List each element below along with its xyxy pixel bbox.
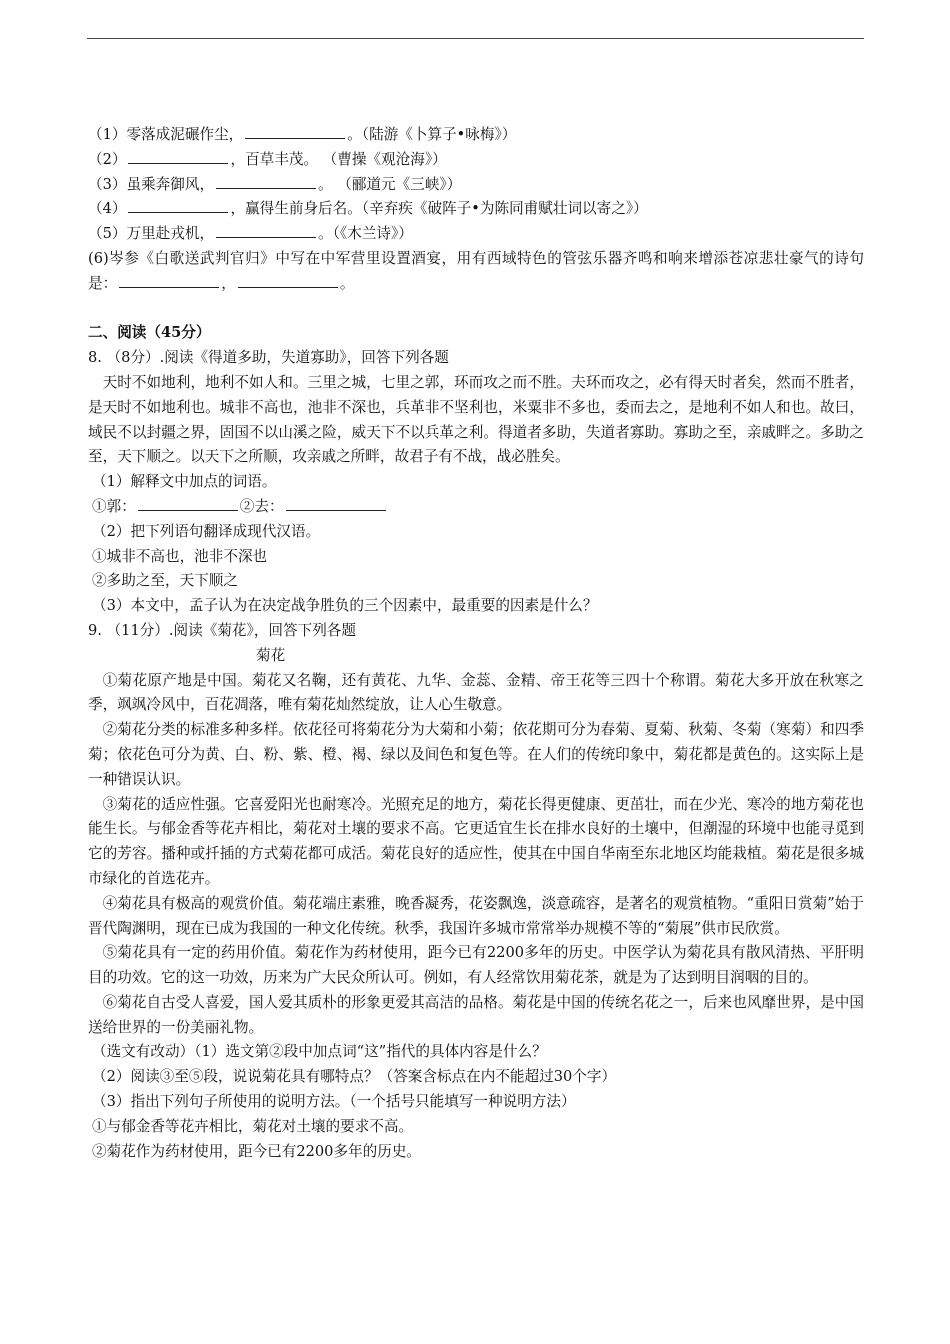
q8-passage: 天时不如地利，地利不如人和。三里之城，七里之郭，环而攻之而不胜。夫环而攻之，必有… bbox=[88, 371, 864, 470]
answer-blank[interactable] bbox=[286, 496, 386, 511]
answer-blank[interactable] bbox=[216, 223, 316, 238]
fill-item-1: （1）零落成泥碾作尘，。（陆游《卜算子•咏梅》） bbox=[88, 123, 864, 148]
q9-paragraph-3: ③菊花的适应性强。它喜爱阳光也耐寒冷。光照充足的地方，菊花长得更健康、更茁壮，而… bbox=[88, 793, 864, 892]
q8-sub2-b: ②多助之至，天下顺之 bbox=[88, 569, 864, 594]
fill-item-2: （2），百草丰茂。 （曹操《观沧海》） bbox=[88, 148, 864, 173]
fill-item-label: （1）零落成泥碾作尘， bbox=[88, 126, 243, 143]
q9-question-3b: ②菊花作为药材使用，距今已有2200多年的历史。 bbox=[88, 1140, 864, 1165]
fill-item-source: 。（《木兰诗》） bbox=[318, 225, 413, 242]
q9-question-2: （2）阅读③至⑤段，说说菊花具有哪特点？（答案含标点在内不能超过30个字） bbox=[88, 1065, 864, 1090]
q8-heading: 8. （8分）.阅读《得道多助，失道寡助》，回答下列各题 bbox=[88, 346, 864, 371]
fill-item-3: （3）虽乘奔御风，。 （郦道元《三峡》） bbox=[88, 173, 864, 198]
q9-question-3a: ①与郁金香等花卉相比，菊花对土壤的要求不高。 bbox=[88, 1115, 864, 1140]
fill-item-source: ，赢得生前身后名。（辛弃疾《破阵子•为陈同甫赋壮词以寄之》） bbox=[230, 200, 647, 217]
q8-sub1-blanks: ①郭：②去： bbox=[88, 495, 864, 520]
fill-item-source: 。 （郦道元《三峡》） bbox=[318, 176, 461, 193]
fill-item-6: (6)岑参《白歌送武判官归》中写在中军营里设置酒宴，用有西域特色的管弦乐器齐鸣和… bbox=[88, 247, 864, 297]
q8-sub2-a: ①城非不高也，池非不深也 bbox=[88, 545, 864, 570]
q8-sub2: （2）把下列语句翻译成现代汉语。 bbox=[88, 520, 864, 545]
fill-item-label: （2） bbox=[88, 151, 126, 168]
fill-item-label: （4） bbox=[88, 200, 126, 217]
q9-paragraph-2: ②菊花分类的标准多种多样。依花径可将菊花分为大菊和小菊；依花期可分为春菊、夏菊、… bbox=[88, 718, 864, 792]
q9-passage-title: 菊花 bbox=[88, 644, 864, 669]
q9-question-1: （选文有改动）（1）选文第②段中加点词“这”指代的具体内容是什么？ bbox=[88, 1040, 864, 1065]
q9-heading: 9. （11分）.阅读《菊花》，回答下列各题 bbox=[88, 619, 864, 644]
answer-blank[interactable] bbox=[138, 496, 238, 511]
document-page: （1）零落成泥碾作尘，。（陆游《卜算子•咏梅》） （2），百草丰茂。 （曹操《观… bbox=[88, 123, 864, 1164]
fill-item-source: 。（陆游《卜算子•咏梅》） bbox=[347, 126, 516, 143]
q9-paragraph-4: ④菊花具有极高的观赏价值。菊花端庄素雅，晚香凝秀，花姿飘逸，淡意疏容，是著名的观… bbox=[88, 892, 864, 942]
q8-sub1-b-label: ②去： bbox=[240, 498, 284, 515]
section-title: 二、阅读（45分） bbox=[88, 321, 864, 346]
q8-sub1-a-label: ①郭： bbox=[92, 498, 136, 515]
q9-paragraph-6: ⑥菊花自古受人喜爱，国人爱其质朴的形象更爱其高洁的品格。菊花是中国的传统名花之一… bbox=[88, 991, 864, 1041]
fill-item-4: （4），赢得生前身后名。（辛弃疾《破阵子•为陈同甫赋壮词以寄之》） bbox=[88, 197, 864, 222]
q9-paragraph-1: ①菊花原产地是中国。菊花又名鞠，还有黄花、九华、金蕊、金精、帝王花等三四十个称谓… bbox=[88, 669, 864, 719]
header-rule bbox=[87, 38, 864, 39]
fill-item-5: （5）万里赴戎机，。（《木兰诗》） bbox=[88, 222, 864, 247]
answer-blank[interactable] bbox=[128, 198, 228, 213]
fill-item-label: （5）万里赴戎机， bbox=[88, 225, 214, 242]
answer-blank[interactable] bbox=[216, 174, 316, 189]
q8-sub1: （1）解释文中加点的词语。 bbox=[88, 470, 864, 495]
fill-item-source: ，百草丰茂。 （曹操《观沧海》） bbox=[230, 151, 446, 168]
fill-item-label: （3）虽乘奔御风， bbox=[88, 176, 214, 193]
q8-sub3: （3）本文中，孟子认为在决定战争胜负的三个因素中，最重要的因素是什么？ bbox=[88, 594, 864, 619]
separator: ， bbox=[221, 275, 236, 292]
answer-blank[interactable] bbox=[128, 149, 228, 164]
answer-blank[interactable] bbox=[119, 273, 219, 288]
q9-question-3: （3）指出下列句子所使用的说明方法。（一个括号只能填写一种说明方法） bbox=[88, 1090, 864, 1115]
answer-blank[interactable] bbox=[245, 124, 345, 139]
q9-paragraph-5: ⑤菊花具有一定的药用价值。菊花作为药材使用，距今已有2200多年的历史。中医学认… bbox=[88, 941, 864, 991]
period: 。 bbox=[340, 275, 355, 292]
answer-blank[interactable] bbox=[238, 273, 338, 288]
